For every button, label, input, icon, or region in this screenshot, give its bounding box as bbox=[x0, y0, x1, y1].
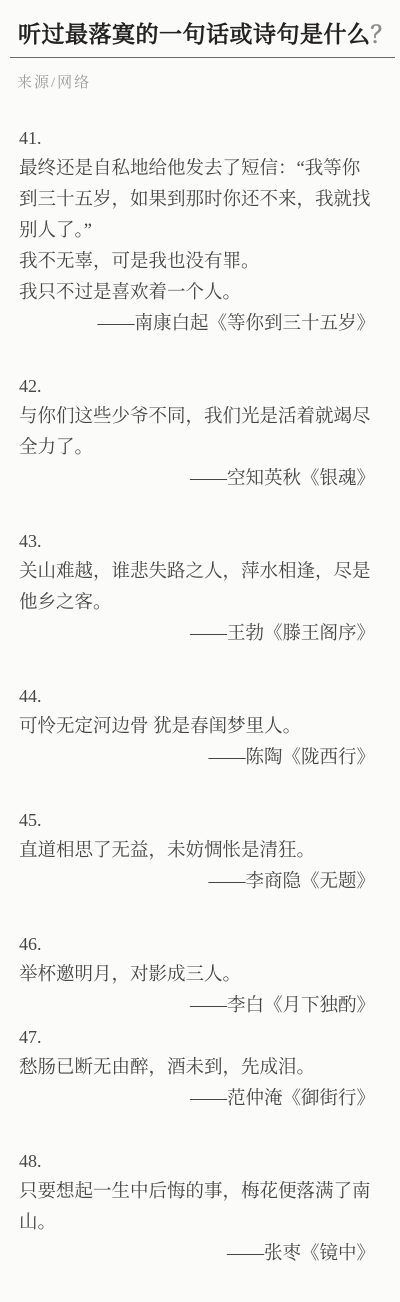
quote-number: 45. bbox=[19, 805, 375, 836]
quote-item: 45.直道相思了无益，未妨惆怅是清狂。——李商隐《无题》 bbox=[19, 805, 375, 898]
quote-attribution: ——陈陶《陇西行》 bbox=[19, 743, 375, 774]
quote-line: 我不无辜，可是我也没有罪。 bbox=[19, 247, 375, 278]
quote-item: 42.与你们这些少爷不同，我们光是活着就竭尽全力了。——空知英秋《银魂》 bbox=[19, 371, 375, 495]
quote-attribution: ——空知英秋《银魂》 bbox=[19, 464, 375, 495]
header-divider bbox=[10, 57, 395, 58]
quote-line: 可怜无定河边骨 犹是春闺梦里人。 bbox=[19, 712, 375, 743]
quote-list: 41.最终还是自私地给他发去了短信：“我等你到三十五岁，如果到那时你还不来，我就… bbox=[0, 123, 400, 1270]
quote-number: 44. bbox=[19, 681, 375, 712]
quote-attribution: ——南康白起《等你到三十五岁》 bbox=[19, 309, 375, 340]
quote-item: 43.关山难越，谁悲失路之人，萍水相逢，尽是他乡之客。——王勃《滕王阁序》 bbox=[19, 526, 375, 650]
quote-item: 46.举杯邀明月，对影成三人。——李白《月下独酌》 bbox=[19, 929, 375, 1022]
quote-line: 直道相思了无益，未妨惆怅是清狂。 bbox=[19, 836, 375, 867]
quote-line: 最终还是自私地给他发去了短信：“我等你到三十五岁，如果到那时你还不来，我就找别人… bbox=[19, 154, 375, 247]
quote-attribution: ——张枣《镜中》 bbox=[19, 1239, 375, 1270]
quote-line: 与你们这些少爷不同，我们光是活着就竭尽全力了。 bbox=[19, 402, 375, 464]
quote-item: 44.可怜无定河边骨 犹是春闺梦里人。——陈陶《陇西行》 bbox=[19, 681, 375, 774]
quote-number: 47. bbox=[19, 1022, 375, 1053]
quote-line: 举杯邀明月，对影成三人。 bbox=[19, 960, 375, 991]
quote-attribution: ——范仲淹《御街行》 bbox=[19, 1084, 375, 1115]
quote-line: 只要想起一生中后悔的事，梅花便落满了南山。 bbox=[19, 1177, 375, 1239]
quote-number: 42. bbox=[19, 371, 375, 402]
quote-attribution: ——李白《月下独酌》 bbox=[19, 991, 375, 1022]
source-label: 来源/网络 bbox=[17, 72, 400, 94]
title-question-mark: ？ bbox=[371, 22, 395, 47]
quote-item: 41.最终还是自私地给他发去了短信：“我等你到三十五岁，如果到那时你还不来，我就… bbox=[19, 123, 375, 340]
quote-line: 我只不过是喜欢着一个人。 bbox=[19, 278, 375, 309]
page-title-text: 听过最落寞的一句话或诗句是什么 bbox=[18, 22, 371, 47]
header: 听过最落寞的一句话或诗句是什么？ 来源/网络 bbox=[0, 0, 400, 94]
quote-number: 46. bbox=[19, 929, 375, 960]
quote-sheet: 听过最落寞的一句话或诗句是什么？ 来源/网络 41.最终还是自私地给他发去了短信… bbox=[0, 0, 400, 1302]
quote-number: 41. bbox=[19, 123, 375, 154]
quote-attribution: ——王勃《滕王阁序》 bbox=[19, 619, 375, 650]
quote-line: 关山难越，谁悲失路之人，萍水相逢，尽是他乡之客。 bbox=[19, 557, 375, 619]
quote-attribution: ——李商隐《无题》 bbox=[19, 867, 375, 898]
quote-item: 47.愁肠已断无由醉，酒未到，先成泪。——范仲淹《御街行》 bbox=[19, 1022, 375, 1115]
page-title: 听过最落寞的一句话或诗句是什么？ bbox=[0, 0, 400, 51]
quote-line: 愁肠已断无由醉，酒未到，先成泪。 bbox=[19, 1053, 375, 1084]
quote-number: 43. bbox=[19, 526, 375, 557]
quote-item: 48.只要想起一生中后悔的事，梅花便落满了南山。——张枣《镜中》 bbox=[19, 1146, 375, 1270]
quote-number: 48. bbox=[19, 1146, 375, 1177]
